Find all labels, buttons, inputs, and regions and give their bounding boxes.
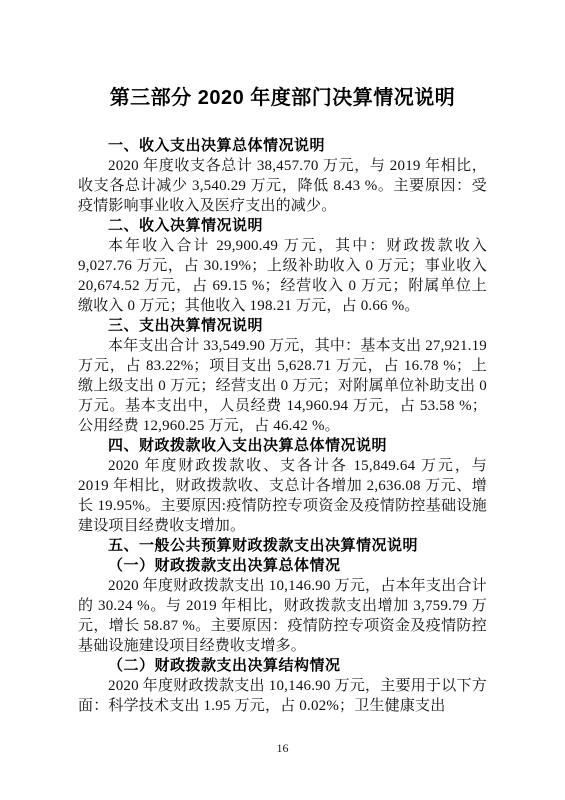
section-5-heading: 五、一般公共预算财政拨款支出决算情况说明 [78, 536, 487, 556]
section-4-heading: 四、财政拨款收入支出决算总体情况说明 [78, 436, 487, 456]
document-page: 第三部分 2020 年度部门决算情况说明 一、收入支出决算总体情况说明 2020… [0, 0, 565, 800]
section-1-paragraph: 2020 年度收支各总计 38,457.70 万元，与 2019 年相比，收支各… [78, 156, 487, 216]
section-5-sub-2-heading: （二）财政拨款支出决算结构情况 [78, 656, 487, 676]
page-title: 第三部分 2020 年度部门决算情况说明 [78, 84, 487, 112]
section-5-sub-1-paragraph: 2020 年度财政拨款支出 10,146.90 万元，占本年支出合计的 30.2… [78, 576, 487, 656]
page-number: 16 [0, 741, 565, 756]
section-3-paragraph: 本年支出合计 33,549.90 万元，其中：基本支出 27,921.19 万元… [78, 336, 487, 436]
section-4-paragraph: 2020 年度财政拨款收、支各计各 15,849.64 万元，与 2019 年相… [78, 456, 487, 536]
section-5-sub-1-heading: （一）财政拨款支出决算总体情况 [78, 556, 487, 576]
section-2-heading: 二、收入决算情况说明 [78, 216, 487, 236]
section-5-sub-2-paragraph: 2020 年度财政拨款支出 10,146.90 万元，主要用于以下方面：科学技术… [78, 676, 487, 716]
section-3-heading: 三、支出决算情况说明 [78, 316, 487, 336]
section-2-paragraph: 本年收入合计 29,900.49 万元，其中：财政拨款收入 9,027.76 万… [78, 236, 487, 316]
section-1-heading: 一、收入支出决算总体情况说明 [78, 136, 487, 156]
